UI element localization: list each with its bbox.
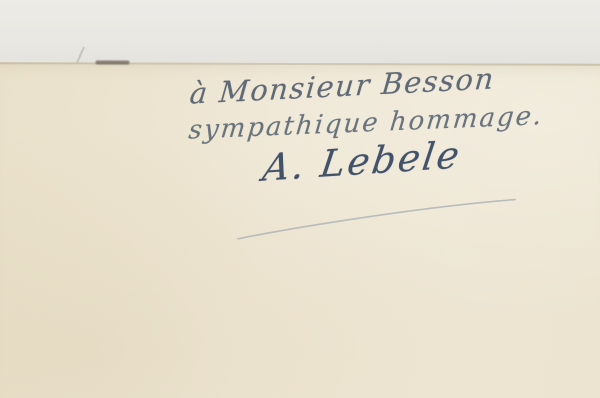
- book-page: à Monsieur Besson sympathique hommage. A…: [0, 62, 600, 398]
- handwritten-inscription: à Monsieur Besson sympathique hommage. A…: [0, 62, 600, 398]
- signature: A. Lebele: [260, 133, 464, 190]
- edge-smudge: [95, 60, 129, 64]
- signature-flourish-underline: [0, 62, 600, 398]
- flourish-stroke: [238, 199, 515, 240]
- photo-of-book-flyleaf: à Monsieur Besson sympathique hommage. A…: [0, 0, 600, 398]
- page-top-edge: [0, 62, 600, 66]
- dedication-line-1: à Monsieur Besson: [188, 61, 496, 110]
- dedication-line-2: sympathique hommage.: [187, 101, 545, 146]
- table-surface: [0, 0, 600, 64]
